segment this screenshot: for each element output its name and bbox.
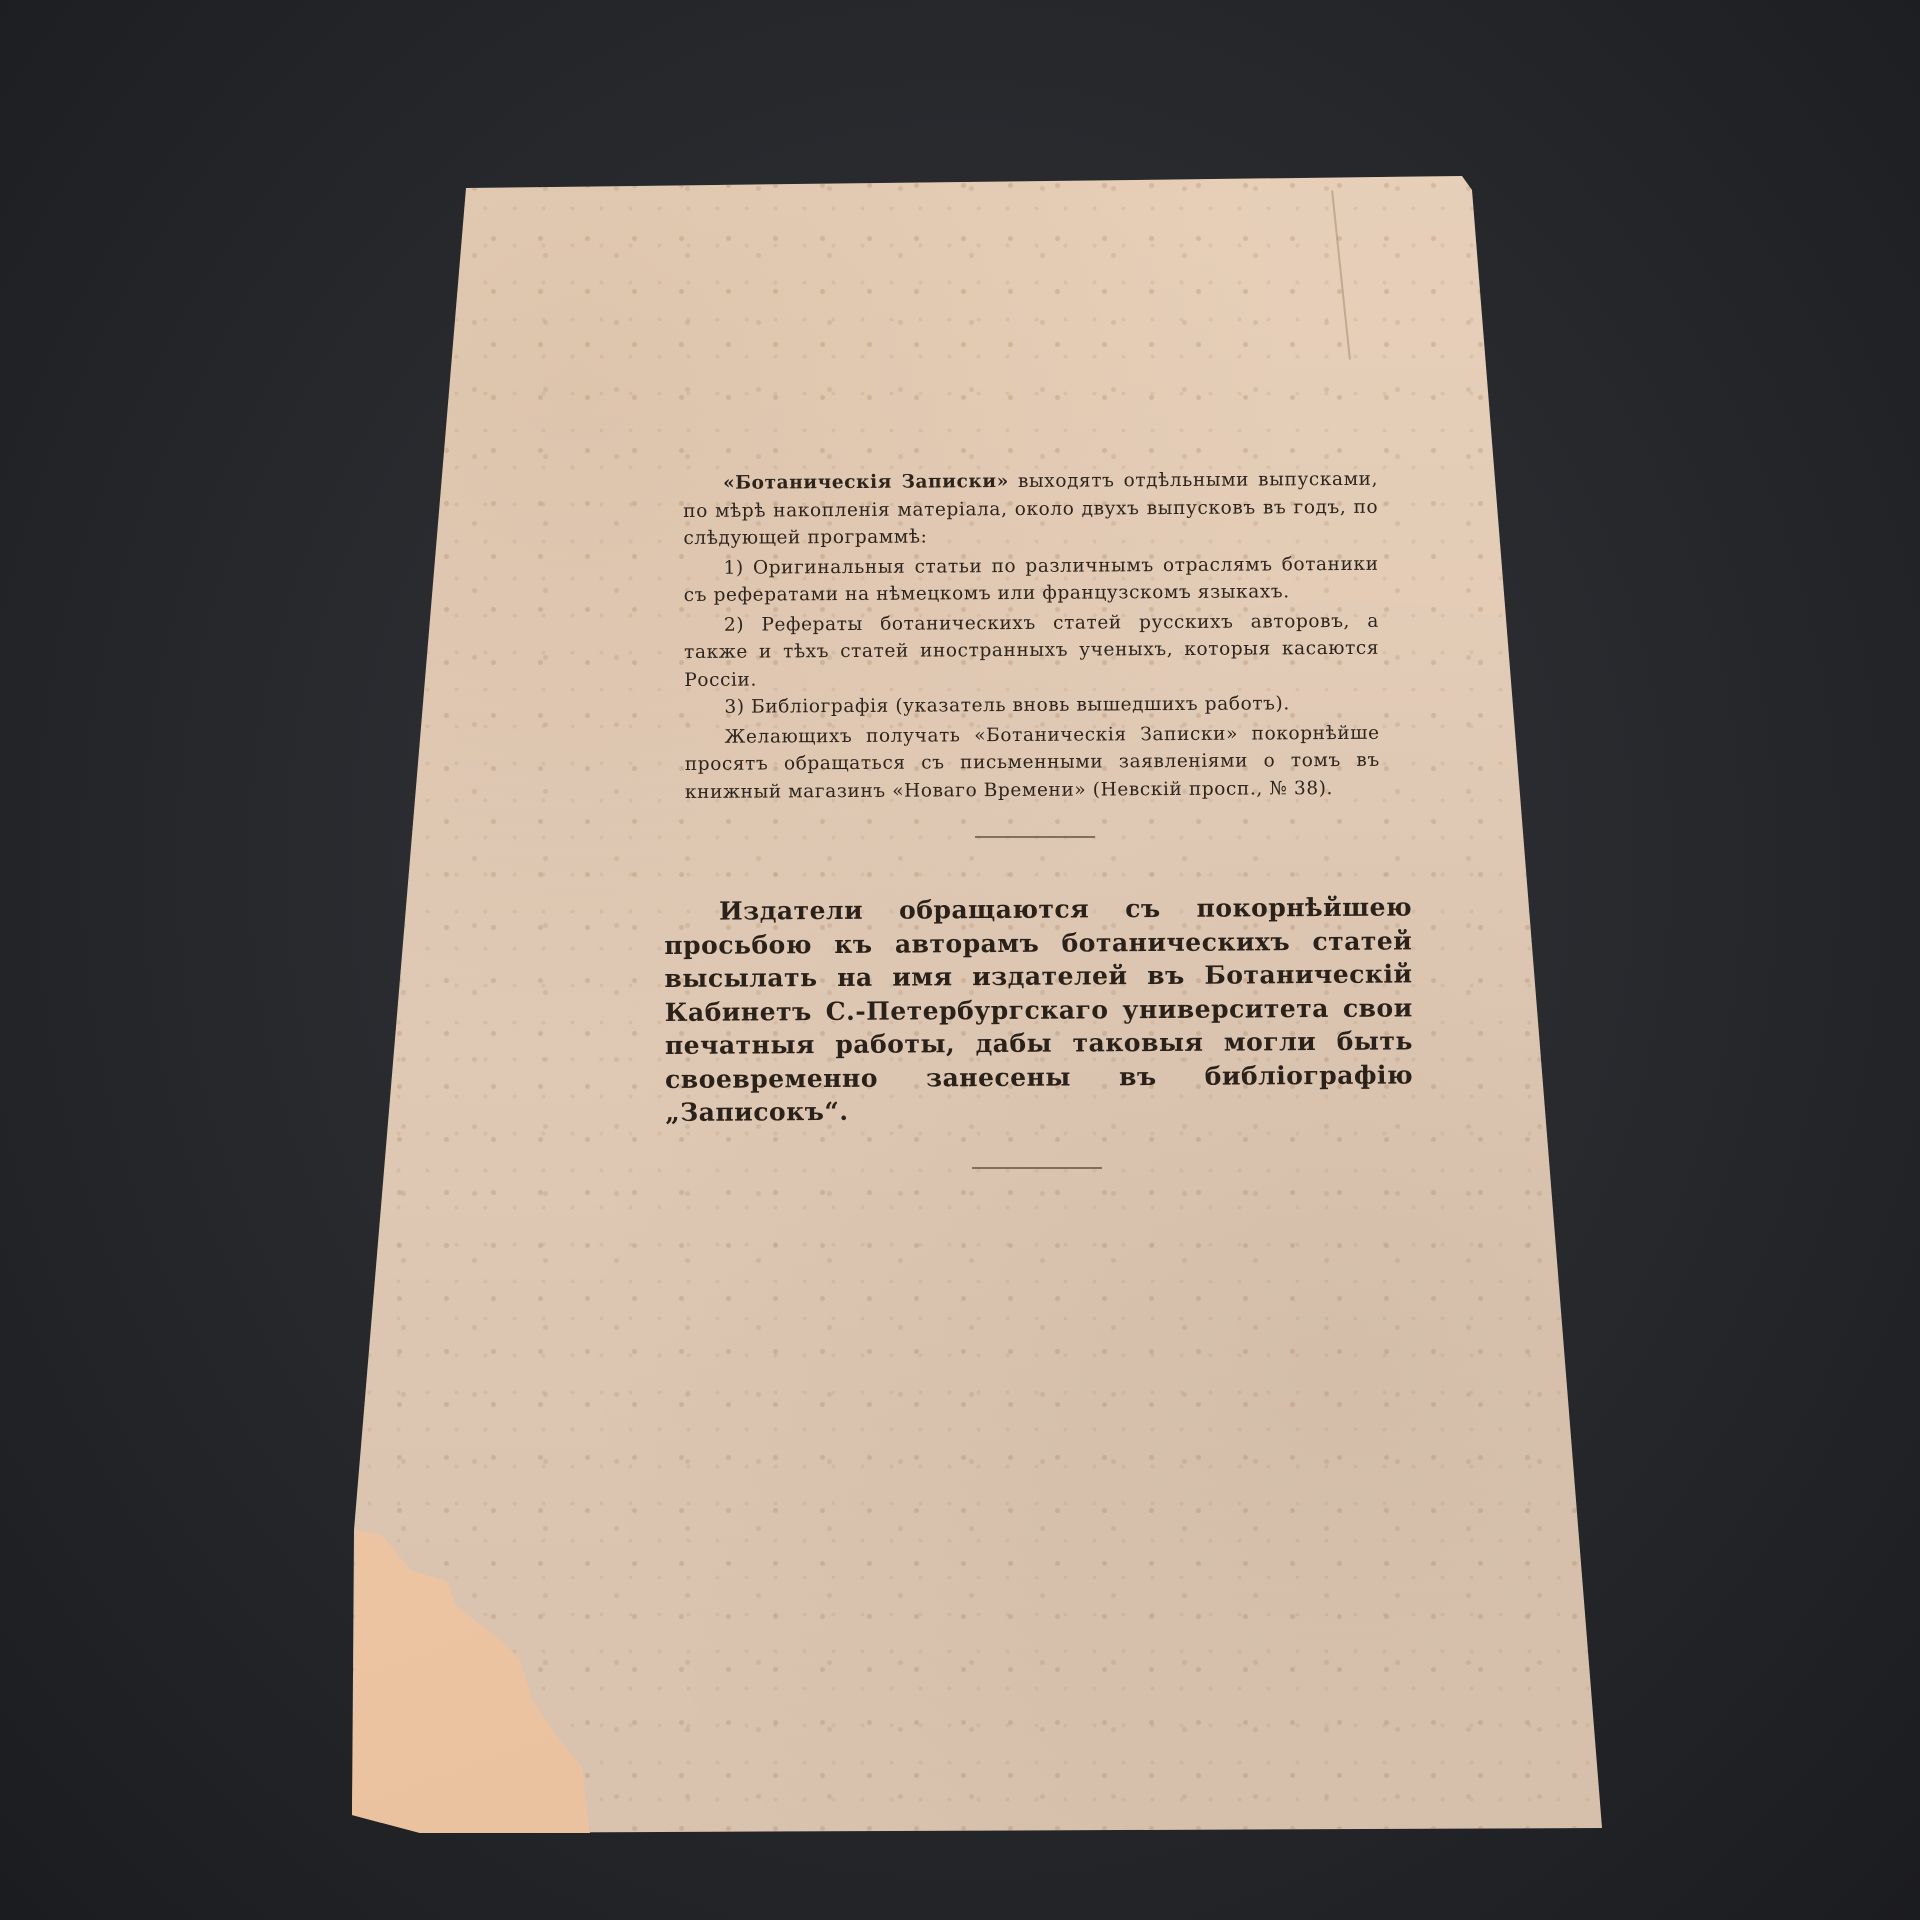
notice-block: «Ботаническія Записки» выходятъ отдѣльны… [683, 466, 1380, 806]
program-item-1: 1) Оригинальныя статьи по различнымъ отр… [684, 550, 1379, 609]
notice-intro: «Ботаническія Записки» выходятъ отдѣльны… [683, 466, 1378, 553]
journal-title: «Ботаническія Записки» [723, 471, 1009, 494]
appeal-text: Издатели обращаются съ покорнѣйшею прось… [664, 890, 1413, 1129]
divider-line-1 [975, 836, 1095, 838]
subscription-info: Желающихъ получать «Ботаническія Записки… [685, 719, 1380, 806]
divider-line-2 [972, 1167, 1102, 1169]
appeal-block: Издатели обращаются съ покорнѣйшею прось… [664, 890, 1413, 1129]
program-item-3: 3) Библіографія (указатель вновь вышедши… [684, 690, 1379, 722]
program-item-2: 2) Рефераты ботаническихъ статей русских… [684, 607, 1379, 694]
